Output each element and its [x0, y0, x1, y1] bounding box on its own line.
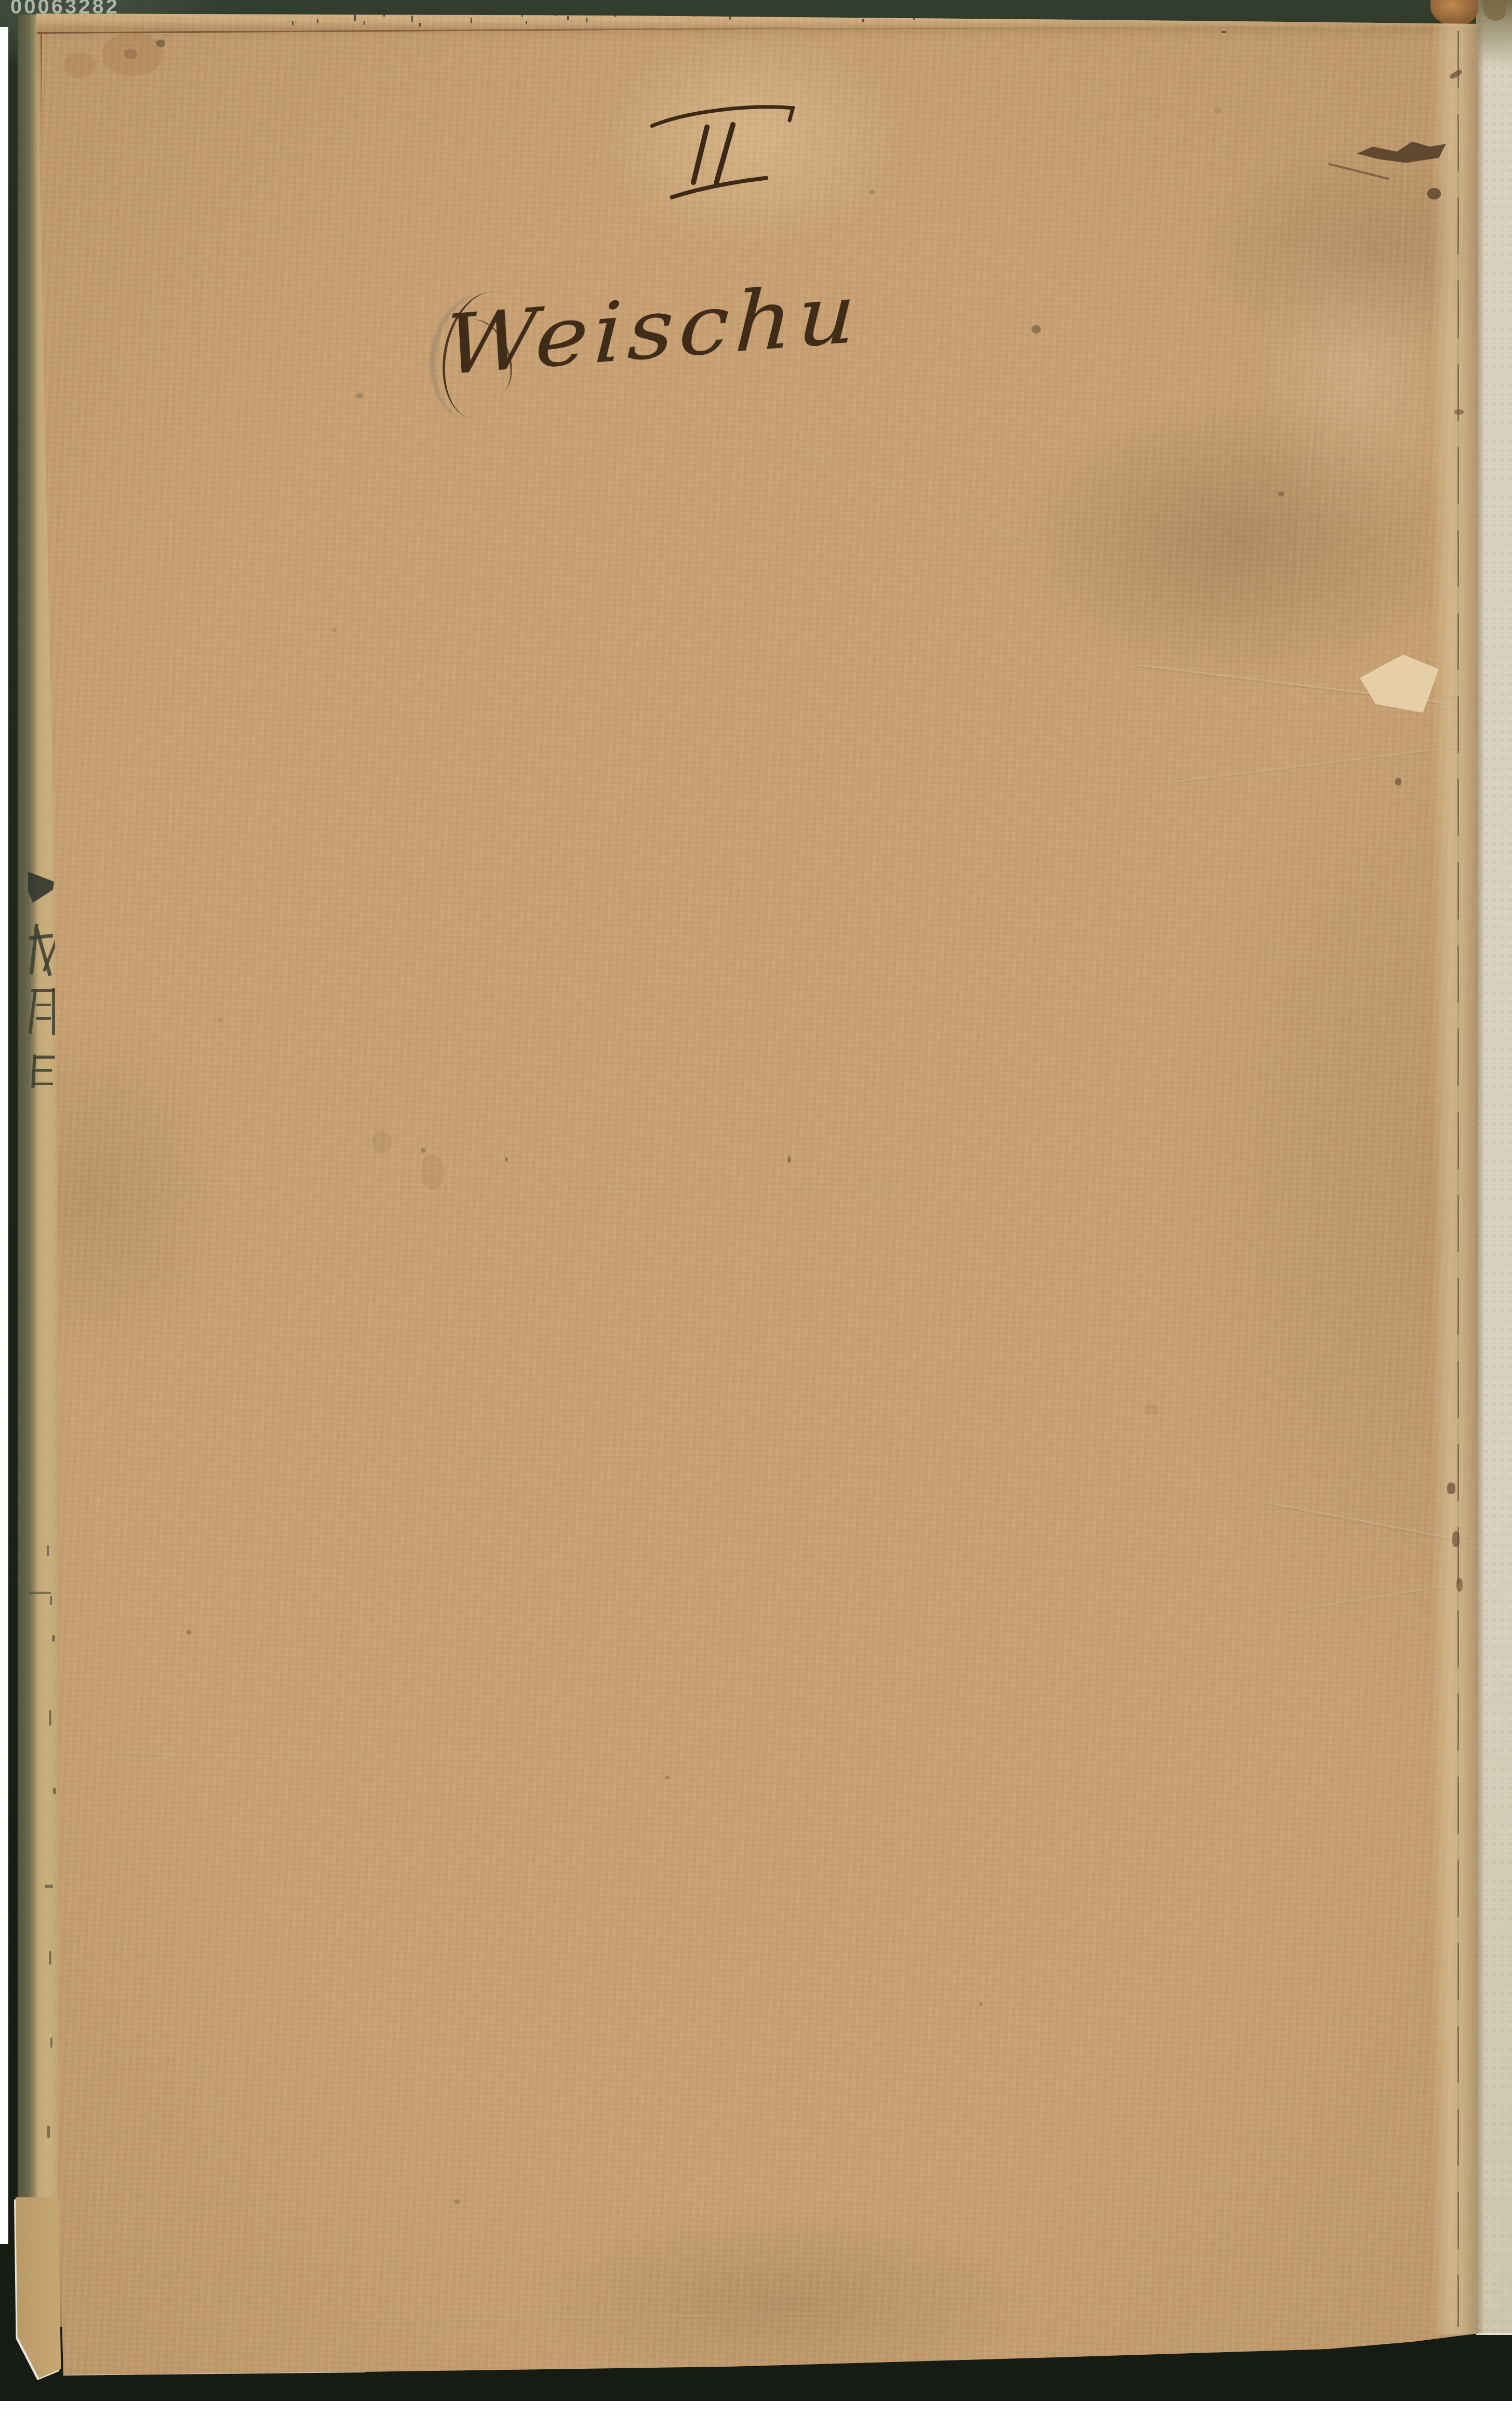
paper-blemish [505, 1157, 508, 1162]
top-ink-rule [33, 28, 802, 34]
blemish [526, 21, 527, 24]
paper-blemish [356, 393, 363, 398]
paper-blemish [421, 1154, 445, 1190]
paper-blemish [421, 1148, 425, 1153]
paper-crease-vertical [1295, 333, 1326, 602]
paper-blemish [1278, 491, 1284, 497]
paper-crease-vertical [1396, 78, 1411, 442]
handwritten-title: Weischu [409, 250, 931, 466]
paper-blemish [1144, 1404, 1159, 1415]
blemish [364, 21, 365, 25]
underlying-page-corner-shape [16, 2197, 62, 2378]
underlying-page-corner [16, 2197, 62, 2378]
left-ink-rule [41, 34, 42, 138]
blemish [419, 23, 421, 26]
roman-numeral-ii-glyph [641, 93, 809, 208]
binding-remnant-small [1483, 0, 1506, 21]
paper-blemish [63, 52, 96, 78]
paper-blemish [1395, 778, 1401, 785]
worn-light-patch [1360, 655, 1439, 713]
blemish [317, 19, 318, 23]
handwritten-title-text: Weischu [443, 265, 862, 394]
paper-tear-line [1328, 163, 1389, 180]
paper-blemish [454, 2199, 460, 2204]
paper-crease [364, 2313, 831, 2324]
paper-blemish [665, 1776, 670, 1779]
paper-blemish [1214, 108, 1222, 113]
blemish [567, 16, 569, 20]
blemish [586, 18, 587, 22]
paper-blemish [372, 1130, 392, 1153]
underlying-page-right-edge [1476, 0, 1512, 2334]
top-ink-rule-faint [800, 26, 1319, 29]
paper-crease [447, 1451, 862, 1460]
flyleaf-page: II Weischu [0, 0, 1512, 2415]
blemish [471, 18, 472, 23]
paper-blemish [869, 190, 875, 194]
scan-border-left [0, 27, 8, 2244]
paper-crease-vertical [171, 332, 173, 1164]
underlying-page-right-edge-highlight [1476, 2333, 1512, 2335]
paper-blemish [217, 1017, 223, 1022]
paper-crease [125, 1754, 509, 1763]
blemish [292, 21, 293, 25]
fold-seam-band [1431, 21, 1478, 2334]
blemish [862, 19, 864, 22]
paper-blemish [156, 39, 165, 47]
paper-blemish [102, 32, 163, 76]
paper-blemish [1032, 325, 1041, 333]
volume-numeral: II [641, 93, 809, 208]
paper-blemish [186, 1630, 192, 1635]
blemish [411, 16, 413, 22]
paper-crease [1175, 744, 1474, 784]
scan-border-bottom [0, 2401, 1512, 2415]
fold-seam-line [1457, 31, 1459, 2327]
paper-crease [763, 434, 1034, 545]
book-scan-page: 00063282 攷 周 長 [0, 0, 1512, 2415]
paper-blemish [331, 628, 337, 632]
paper-blemish [979, 2002, 983, 2006]
paper-blemish [787, 1156, 791, 1163]
paper-blemish [124, 49, 137, 59]
blemish [1222, 31, 1226, 33]
paper-crease [135, 1183, 904, 1190]
